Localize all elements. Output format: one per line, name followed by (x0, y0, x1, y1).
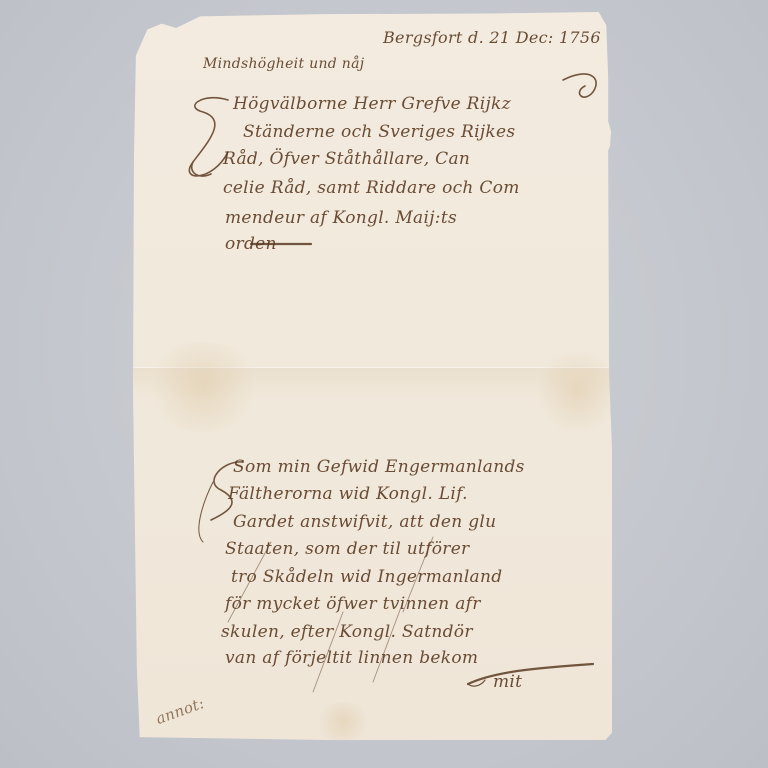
address-line: orden (225, 234, 277, 254)
body-line: mit (493, 672, 522, 692)
body-line: van af förjeltit linnen bekom (225, 648, 478, 668)
body-line: tro Skådeln wid Ingermanland (231, 567, 502, 587)
address-line: celie Råd, samt Riddare och Com (223, 178, 520, 198)
salutation: Mindshögheit und nåj (203, 56, 364, 72)
body-line: Som min Gefwid Engermanlands (233, 457, 525, 477)
body-line: skulen, efter Kongl. Satndör (221, 622, 473, 642)
letter-sheet: Bergsfort d. 21 Dec: 1756 Mindshögheit u… (133, 12, 612, 740)
margin-note: annot: (153, 694, 206, 728)
dateline: Bergsfort d. 21 Dec: 1756 (383, 28, 601, 47)
body-line: för mycket öfwer tvinnen afr (225, 594, 481, 614)
age-stain (143, 342, 263, 432)
body-line: Fältherorna wid Kongl. Lif. (228, 484, 468, 504)
address-line: mendeur af Kongl. Maij:ts (225, 208, 457, 228)
body-line: Gardet anstwifvit, att den glu (233, 512, 496, 532)
address-line: Råd, Öfver Ståthållare, Can (223, 149, 470, 169)
body-line: Staaten, som der til utförer (225, 539, 469, 559)
age-stain (313, 702, 373, 742)
address-line: Ständerne och Sveriges Rijkes (243, 122, 515, 142)
address-line: Högvälborne Herr Grefve Rijkz (233, 94, 511, 114)
